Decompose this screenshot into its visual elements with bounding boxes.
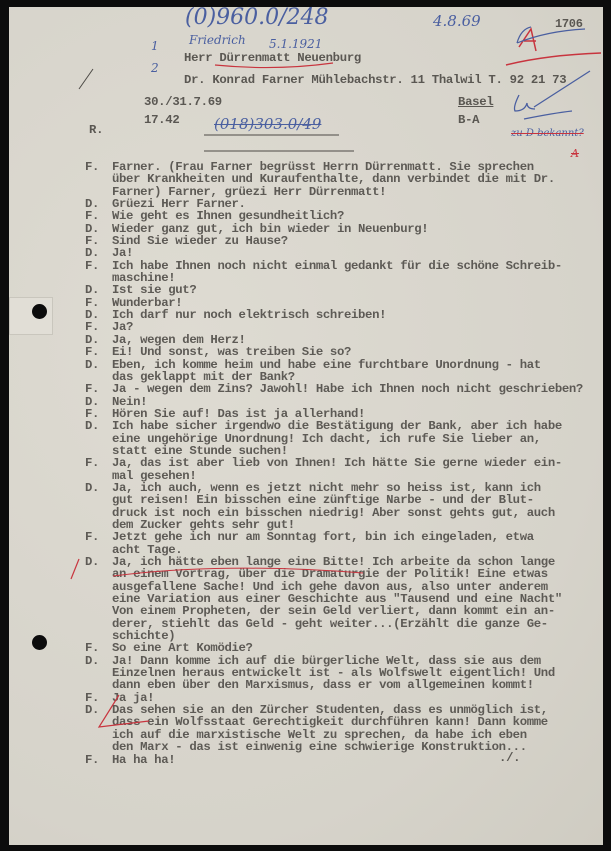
document-page: (0)960.0/248 4.8.69 1706 Friedrich 5.1.1… xyxy=(9,7,603,845)
pen-marks xyxy=(9,7,603,845)
